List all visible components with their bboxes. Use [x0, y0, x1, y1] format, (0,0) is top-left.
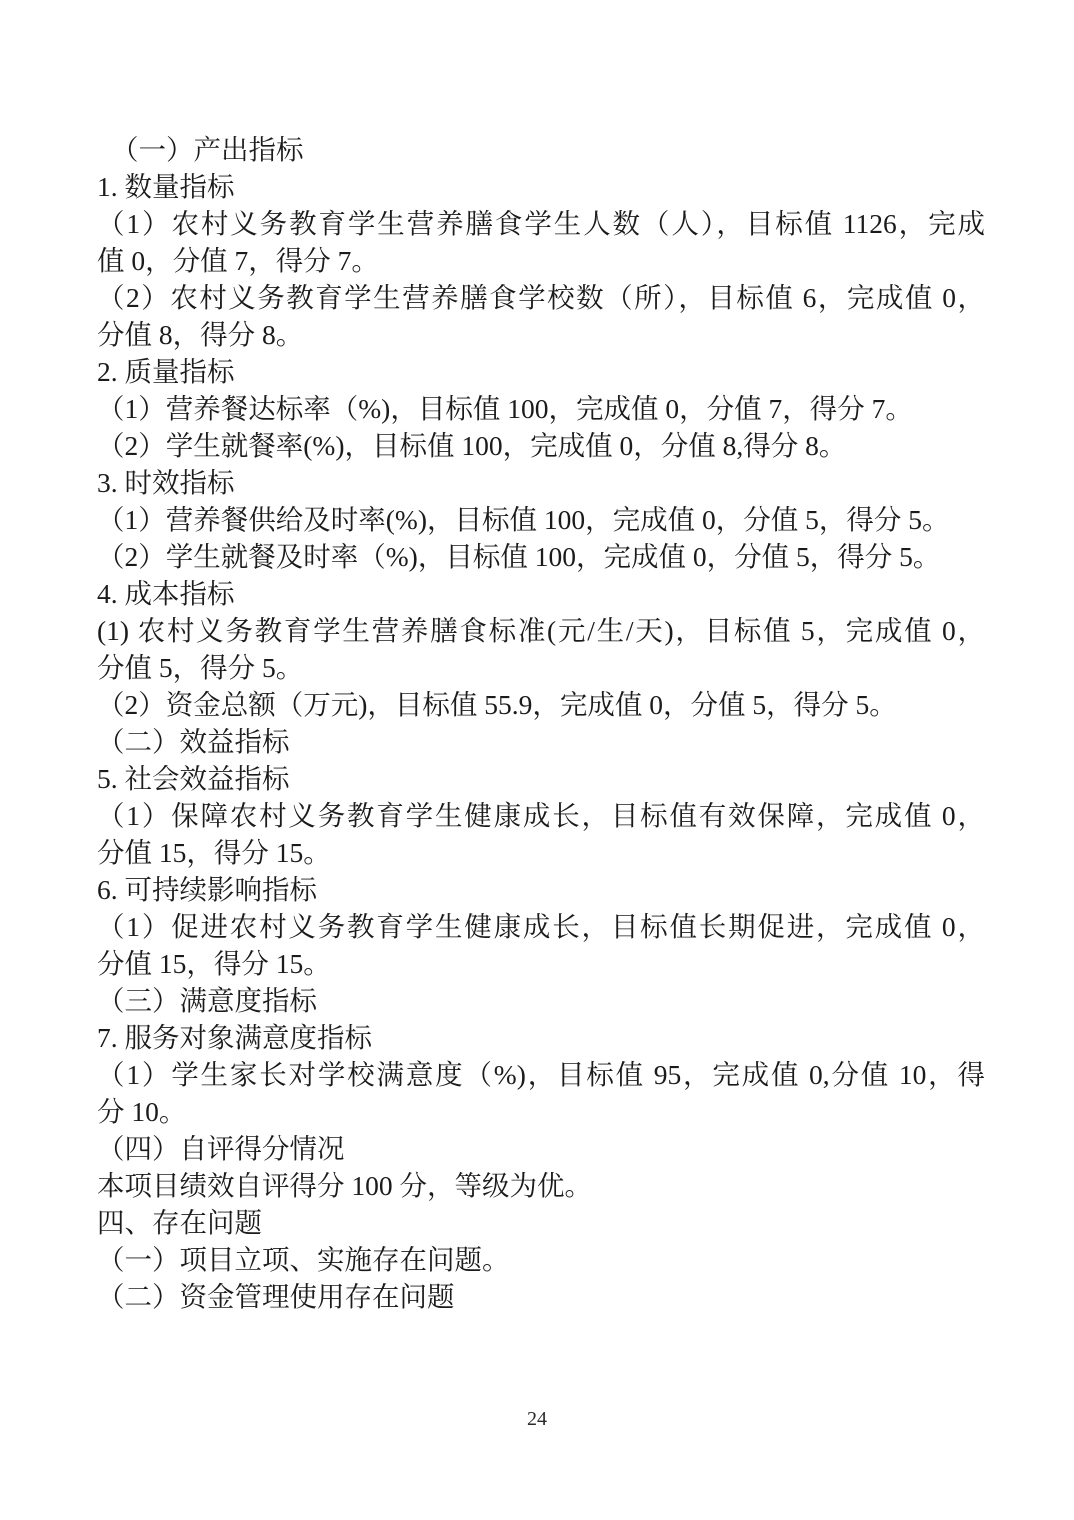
text-line: （2）农村义务教育学生营养膳食学校数（所），目标值 6，完成值 0， — [97, 279, 985, 316]
text-line: （1）农村义务教育学生营养膳食学生人数（人），目标值 1126，完成 — [97, 205, 985, 242]
text-line: （2）学生就餐及时率（%)，目标值 100，完成值 0，分值 5，得分 5。 — [97, 538, 985, 575]
text-line: （二）资金管理使用存在问题 — [97, 1278, 985, 1315]
text-line: 四、存在问题 — [97, 1204, 985, 1241]
text-line: 分值 15，得分 15。 — [97, 945, 985, 982]
text-line: 值 0，分值 7，得分 7。 — [97, 242, 985, 279]
text-line: （三）满意度指标 — [97, 982, 985, 1019]
text-line: （1）促进农村义务教育学生健康成长，目标值长期促进，完成值 0， — [97, 908, 985, 945]
text-line: 6. 可持续影响指标 — [97, 871, 985, 908]
text-line: 7. 服务对象满意度指标 — [97, 1019, 985, 1056]
text-line: 3. 时效指标 — [97, 464, 985, 501]
text-line: 5. 社会效益指标 — [97, 760, 985, 797]
document-page: （一）产出指标 1. 数量指标 （1）农村义务教育学生营养膳食学生人数（人），目… — [0, 0, 1074, 1520]
text-line: (1) 农村义务教育学生营养膳食标准(元/生/天)，目标值 5，完成值 0， — [97, 612, 985, 649]
text-line: 分值 8，得分 8。 — [97, 316, 985, 353]
text-line: （二）效益指标 — [97, 723, 985, 760]
text-line: （四）自评得分情况 — [97, 1130, 985, 1167]
text-line: （2）资金总额（万元)，目标值 55.9，完成值 0，分值 5，得分 5。 — [97, 686, 985, 723]
text-line: （1）营养餐供给及时率(%)，目标值 100，完成值 0，分值 5，得分 5。 — [97, 501, 985, 538]
text-line: 本项目绩效自评得分 100 分，等级为优。 — [97, 1167, 985, 1204]
text-line: 分值 15，得分 15。 — [97, 834, 985, 871]
text-line: （1）学生家长对学校满意度（%)，目标值 95，完成值 0,分值 10，得 — [97, 1056, 985, 1093]
document-body: （一）产出指标 1. 数量指标 （1）农村义务教育学生营养膳食学生人数（人），目… — [97, 131, 985, 1315]
text-line: （2）学生就餐率(%)，目标值 100，完成值 0，分值 8,得分 8。 — [97, 427, 985, 464]
text-line: （一）产出指标 — [97, 131, 985, 168]
text-line: （1）营养餐达标率（%)，目标值 100，完成值 0，分值 7，得分 7。 — [97, 390, 985, 427]
text-line: 分 10。 — [97, 1093, 985, 1130]
page-number: 24 — [0, 1406, 1074, 1432]
text-line: 4. 成本指标 — [97, 575, 985, 612]
text-line: （一）项目立项、实施存在问题。 — [97, 1241, 985, 1278]
text-line: （1）保障农村义务教育学生健康成长，目标值有效保障，完成值 0， — [97, 797, 985, 834]
text-line: 2. 质量指标 — [97, 353, 985, 390]
text-line: 分值 5，得分 5。 — [97, 649, 985, 686]
text-line: 1. 数量指标 — [97, 168, 985, 205]
